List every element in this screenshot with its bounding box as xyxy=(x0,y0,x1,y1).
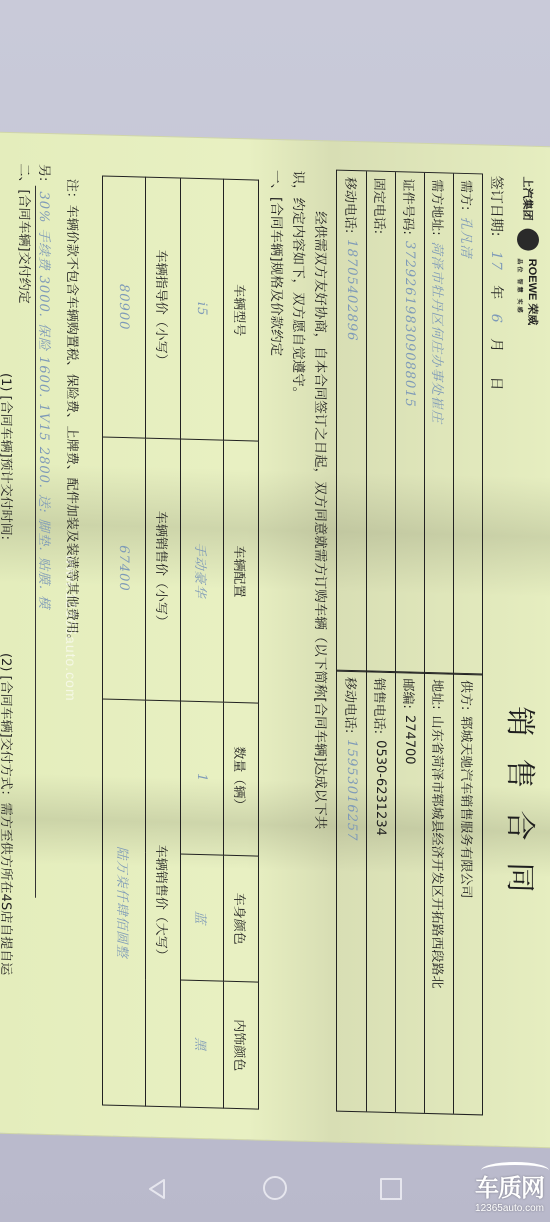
buyer-id-value: 372926198309088015 xyxy=(403,241,418,408)
value-sale-price-words: 陆万柒仟肆佰圆整 xyxy=(103,699,146,1107)
brand-tagline: 品位 智慧 实感 xyxy=(516,258,525,325)
header-sale-price-num: 车辆销售价（小写） xyxy=(146,438,181,700)
header-model: 车辆型号 xyxy=(224,179,259,441)
buyer-address-value: 菏泽市牡丹区何庄办事处崔庄 xyxy=(430,241,449,424)
buyer-name-value: 孔凡清 xyxy=(459,216,478,259)
chezhiwang-watermark: 车质网 12365auto.com xyxy=(475,1168,544,1214)
seller-name-label: 供方: xyxy=(459,680,478,711)
buyer-mobile-value: 18705402896 xyxy=(345,239,360,341)
contract-title: 销售合同 xyxy=(501,706,545,915)
day-unit: 日 xyxy=(488,376,504,390)
header-config: 车辆配置 xyxy=(224,440,259,702)
table-row: i5 手动豪华 1 蓝 黑 xyxy=(181,178,224,1108)
sales-contract-paper: 上汽集团 ROEWE 荣威 品位 智慧 实感 销售合同 签订日期: 17 年 6… xyxy=(0,133,550,1148)
value-quantity: 1 xyxy=(181,701,224,856)
header-interior-color: 内饰颜色 xyxy=(224,982,259,1109)
buyer-address-row: 需方地址: 菏泽市牡丹区何庄办事处崔庄 xyxy=(424,173,453,674)
value-msrp: 80900 xyxy=(103,176,146,438)
watermark-sub: 12365auto.com xyxy=(475,1203,544,1214)
seller-name-value: 郓城天驰汽车销售服务有限公司 xyxy=(459,716,478,899)
seller-sales-phone-value: 0530-6231234 xyxy=(374,740,389,836)
seller-address-row: 地址: 山东省菏泽市郓城县经济开发区开拓路西段路北 xyxy=(424,673,453,1114)
back-icon[interactable] xyxy=(146,1178,168,1200)
seller-postcode-value: 274700 xyxy=(403,715,418,765)
sign-month: 6 xyxy=(488,313,504,323)
sign-year: 17 xyxy=(488,251,504,271)
section-2-title: 二、[合同车辆]交付约定 xyxy=(16,163,35,304)
contract-intro: 经供需双方友好协商，自本合同签订之日起，双方同意就需方订购车辆（以下简称[合同车… xyxy=(265,170,331,1122)
photo-background: 上汽集团 ROEWE 荣威 品位 智慧 实感 销售合同 签订日期: 17 年 6… xyxy=(0,0,550,1222)
faint-watermark: www.12365auto.com xyxy=(63,554,79,701)
value-body-color: 蓝 xyxy=(181,854,224,982)
buyer-name-label: 需方: xyxy=(459,180,478,211)
section-2-item-1: (1) [合同车辆]预计交付时间: xyxy=(0,373,17,541)
buyer-address-label: 需方地址: xyxy=(430,179,449,236)
roewe-emblem-icon xyxy=(518,228,540,251)
header-sale-price-words: 车辆销售价（大写） xyxy=(146,700,181,1107)
other-line: 另: 30% 手续费 3000. 保险 1600. 1V15 2800. 送: … xyxy=(35,164,55,898)
seller-postcode-row: 邮编: 274700 xyxy=(395,672,424,1113)
buyer-landline-label: 固定电话: xyxy=(372,178,391,235)
seller-mobile-value: 15953016257 xyxy=(345,739,360,841)
brand-logo: 上汽集团 ROEWE 荣威 品位 智慧 实感 xyxy=(516,176,541,325)
value-interior-color: 黑 xyxy=(181,981,224,1109)
saic-logo: 上汽集团 xyxy=(521,176,537,220)
seller-address-value: 山东省菏泽市郓城县经济开发区开拓路西段路北 xyxy=(430,715,449,989)
recent-apps-icon[interactable] xyxy=(380,1178,402,1200)
buyer-landline-row: 固定电话: xyxy=(366,171,395,672)
other-label: 另: xyxy=(36,164,51,182)
buyer-id-row: 证件号码: 372926198309088015 xyxy=(395,172,424,673)
table-header-row: 车辆型号 车辆配置 数量（辆） 车身颜色 内饰颜色 xyxy=(224,179,259,1109)
value-sale-price-num: 67400 xyxy=(103,437,146,699)
header-msrp: 车辆指导价（小写） xyxy=(146,177,181,439)
section-2-item-2: (2) [合同车辆]交付方式：需方至供方所在4S店自提自运 xyxy=(0,653,17,976)
buyer-mobile-row: 移动电话: 18705402896 xyxy=(338,171,366,672)
sign-date: 签订日期: 17 年 6 月 日 xyxy=(487,176,507,401)
value-model: i5 xyxy=(181,178,224,440)
seller-address-label: 地址: xyxy=(430,679,449,710)
seller-mobile-row: 移动电话: 15953016257 xyxy=(338,671,366,1112)
seller-sales-phone-label: 销售电话: xyxy=(372,678,391,735)
intro-line-1: 经供需双方友好协商，自本合同签订之日起，双方同意就需方订购车辆（以下简称[合同车… xyxy=(309,171,331,1122)
header-body-color: 车身颜色 xyxy=(224,855,259,982)
buyer-name-row: 需方: 孔凡清 xyxy=(453,174,482,675)
seller-sales-phone-row: 销售电话: 0530-6231234 xyxy=(366,671,395,1112)
buyer-mobile-label: 移动电话: xyxy=(343,177,362,234)
table-header-row: 车辆指导价（小写） 车辆销售价（小写） 车辆销售价（大写） xyxy=(146,177,181,1107)
section-1-title: 一、[合同车辆]规格及价款约定 xyxy=(265,170,287,1121)
table-row: 80900 67400 陆万柒仟肆佰圆整 xyxy=(103,176,146,1106)
seller-name-row: 供方: 郓城天驰汽车销售服务有限公司 xyxy=(453,674,482,1115)
buyer-info-box: 需方: 孔凡清 需方地址: 菏泽市牡丹区何庄办事处崔庄 证件号码: 372926… xyxy=(336,170,483,676)
seller-mobile-label: 移动电话: xyxy=(343,677,362,734)
header-quantity: 数量（辆） xyxy=(224,702,259,856)
seller-postcode-label: 邮编: xyxy=(401,678,420,709)
sign-date-label: 签订日期: xyxy=(488,176,504,237)
month-unit: 月 xyxy=(488,338,504,352)
intro-line-2: 识，约定内容如下，双方愿自觉遵守。 xyxy=(287,170,309,1121)
car-swoosh-icon xyxy=(481,1162,549,1179)
other-value: 30% 手续费 3000. 保险 1600. 1V15 2800. 送: 脚垫.… xyxy=(35,185,55,898)
roewe-logo: ROEWE 荣威 xyxy=(526,259,538,326)
vehicle-spec-table: 车辆型号 车辆配置 数量（辆） 车身颜色 内饰颜色 i5 手动豪华 1 蓝 黑 … xyxy=(102,175,259,1109)
year-unit: 年 xyxy=(488,285,504,299)
value-config: 手动豪华 xyxy=(181,439,224,701)
seller-info-box: 供方: 郓城天驰汽车销售服务有限公司 地址: 山东省菏泽市郓城县经济开发区开拓路… xyxy=(336,670,483,1116)
buyer-id-label: 证件号码: xyxy=(401,178,420,235)
home-icon[interactable] xyxy=(263,1176,287,1200)
